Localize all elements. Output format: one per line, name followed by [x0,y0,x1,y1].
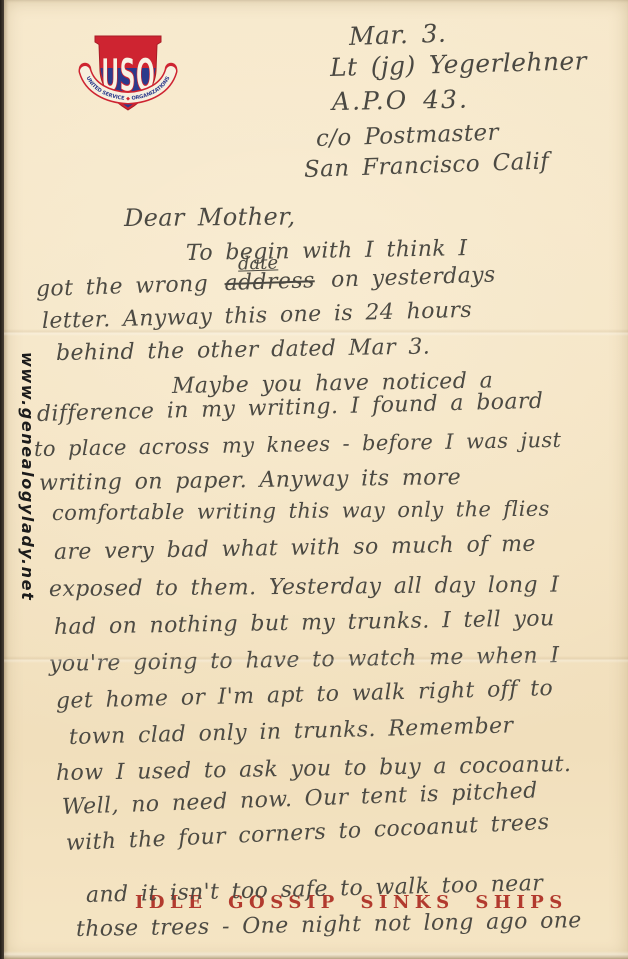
letter-line: are very bad what with so much of me [54,532,536,565]
opening-line: To begin with I think I [186,236,468,266]
letter-line: difference in my writing. I found a boar… [37,389,544,427]
correction-prefix: got the wrong [36,272,209,302]
letter-line: behind the other dated Mar 3. [56,334,431,366]
letter-line: writing on paper. Anyway its more [39,465,461,496]
correction-line: got the wrong dateaddress on yesterdays [36,263,496,302]
stationery-paper: USO UNITED SERVICE ◆ ORGANIZATIONS Mar. … [4,0,628,959]
letter-line: exposed to them. Yesterday all day long … [49,573,560,602]
header-date: Mar. 3. [348,19,446,51]
header-care-of: c/o Postmaster [316,120,500,152]
header-unit: A.P.O 43. [332,85,469,116]
watermark-text: www.genealogylady.net [18,352,37,601]
letter-line: had on nothing but my trunks. I tell you [54,606,555,640]
fold-crease-bottom [4,656,628,663]
inserted-word: date [238,252,279,274]
salutation: Dear Mother, [124,203,296,232]
scan-edge-left [0,0,4,959]
struck-word-wrap: dateaddress [224,268,315,296]
letter-line: comfortable writing this way only the fl… [52,497,550,525]
uso-logo: USO UNITED SERVICE ◆ ORGANIZATIONS [78,31,178,125]
header-city: San Francisco Calif [304,148,550,183]
letter-line: to place across my knees - before I was … [34,428,562,461]
banner-separator: ◆ [126,96,130,102]
header-sender: Lt (jg) Yegerlehner [330,46,588,82]
correction-suffix: on yesterdays [331,263,496,293]
letter-line: town clad only in trunks. Remember [69,713,514,750]
letter-scan: USO UNITED SERVICE ◆ ORGANIZATIONS Mar. … [0,0,628,959]
letter-line: get home or I'm apt to walk right off to [56,676,554,714]
paper-edge-bottom [4,951,628,959]
letter-line: those trees - One night not long ago one [76,908,582,942]
fold-crease-top [4,329,628,336]
